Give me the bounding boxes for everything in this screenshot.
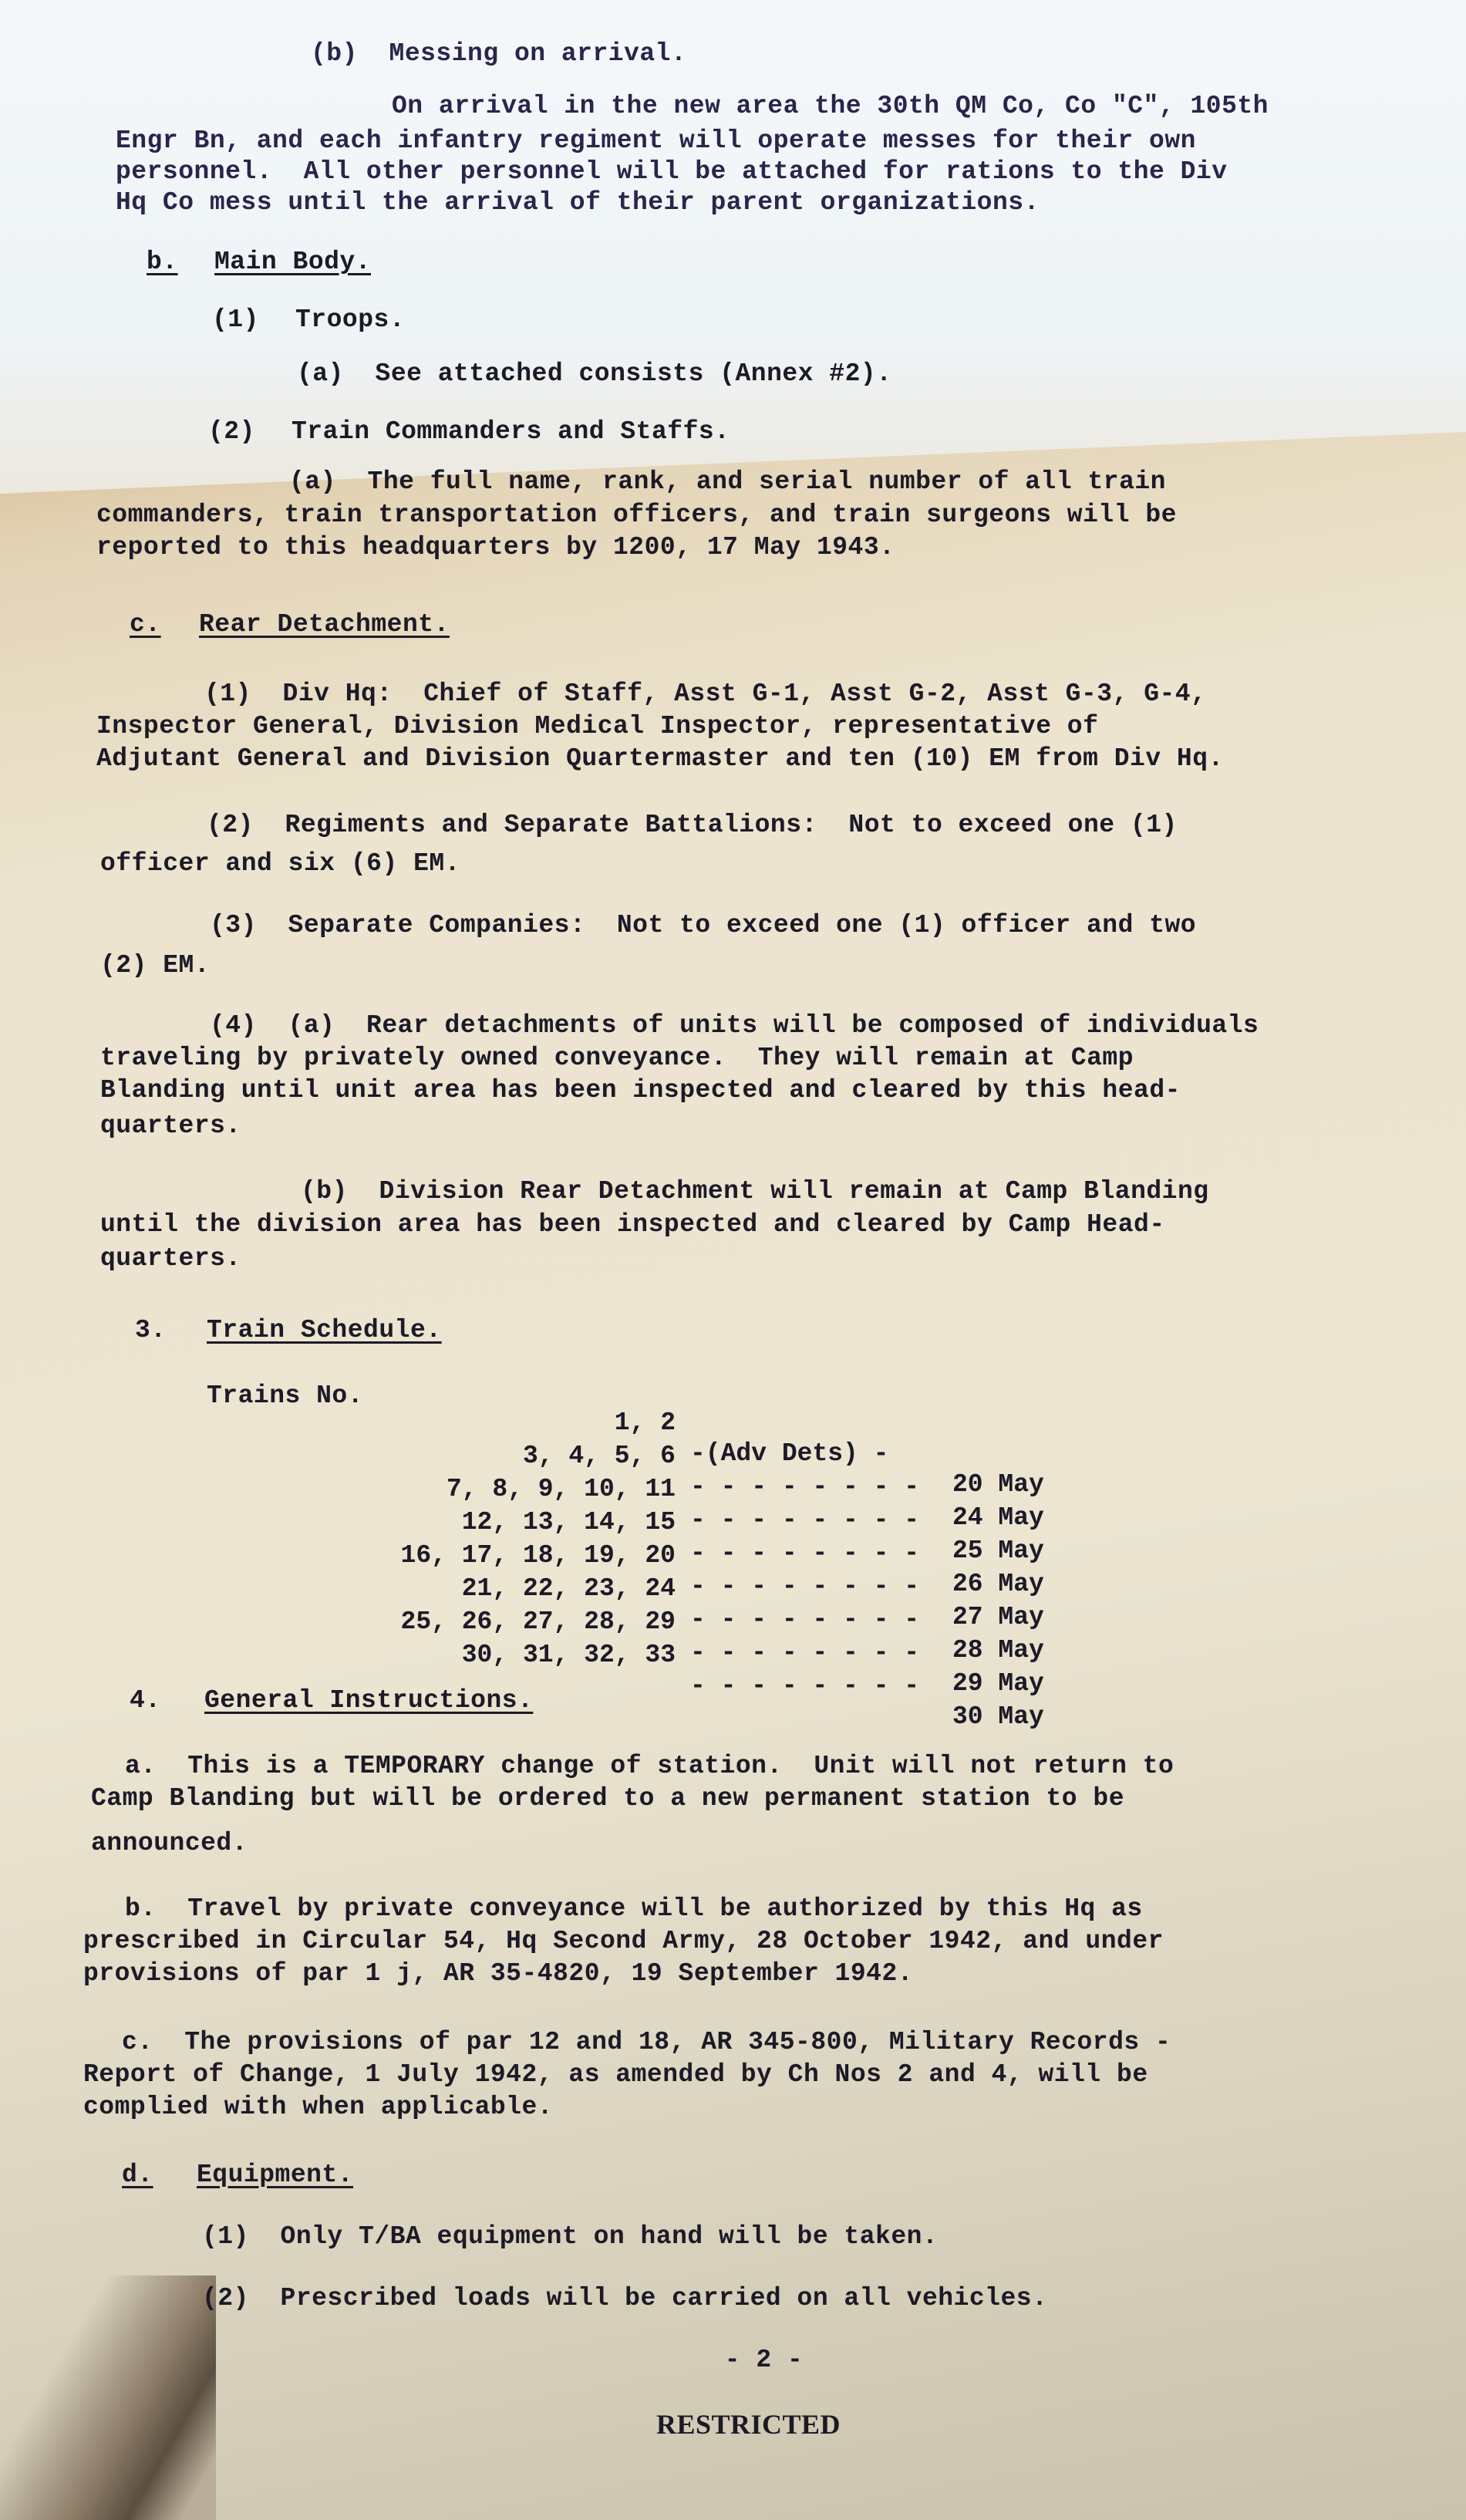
gi-b-line-2: prescribed in Circular 54, Hq Second Arm… <box>83 1926 1164 1957</box>
page-curl-shadow <box>0 2275 216 2520</box>
rear-item3-line-2: (2) EM. <box>100 950 210 981</box>
equipment-title: Equipment. <box>197 2160 353 2191</box>
rear-item3-line-1: (3) Separate Companies: Not to exceed on… <box>210 910 1196 941</box>
rear-item4b-line-3: quarters. <box>100 1243 241 1274</box>
equipment-letter: d. <box>122 2160 153 2191</box>
general-instructions-title: General Instructions. <box>204 1685 533 1716</box>
rear-item4a-line-3: Blanding until unit area has been inspec… <box>100 1075 1181 1106</box>
equipment-item-1: (1) Only T/BA equipment on hand will be … <box>202 2221 938 2252</box>
train-schedule-title: Train Schedule. <box>207 1315 442 1346</box>
schedule-note: - - - - - - - - <box>690 1671 919 1702</box>
troops-label: Troops. <box>295 305 405 336</box>
rear-item4b-line-2: until the division area has been inspect… <box>100 1209 1165 1240</box>
rear-item4a-line-1: (4) (a) Rear detachments of units will b… <box>210 1010 1259 1041</box>
gi-a-line-1: a. This is a TEMPORARY change of station… <box>125 1751 1174 1782</box>
messing-heading: (b) Messing on arrival. <box>311 39 686 69</box>
page-number: - 2 - <box>31 2345 1466 2376</box>
train-commanders-a-3: reported to this headquarters by 1200, 1… <box>96 532 895 563</box>
gi-a-line-2: Camp Blanding but will be ordered to a n… <box>91 1783 1124 1814</box>
rear-item2-line-1: (2) Regiments and Separate Battalions: N… <box>207 810 1178 841</box>
gi-b-line-1: b. Travel by private conveyance will be … <box>125 1894 1143 1925</box>
classification-marking: RESTRICTED <box>15 2409 1466 2440</box>
messing-line-4: Hq Co mess until the arrival of their pa… <box>116 187 1040 218</box>
messing-line-1: On arrival in the new area the 30th QM C… <box>392 91 1269 122</box>
rear-item4b-line-1: (b) Division Rear Detachment will remain… <box>301 1176 1209 1207</box>
rear-item1-line-3: Adjutant General and Division Quartermas… <box>96 744 1224 774</box>
rear-detachment-letter: c. <box>130 609 161 640</box>
rear-item1-line-2: Inspector General, Division Medical Insp… <box>96 711 1098 742</box>
rear-item2-line-2: officer and six (6) EM. <box>100 848 460 879</box>
messing-line-3: personnel. All other personnel will be a… <box>116 157 1228 187</box>
schedule-trains: 30, 31, 32, 33 <box>462 1640 676 1671</box>
gi-c-line-1: c. The provisions of par 12 and 18, AR 3… <box>122 2027 1171 2058</box>
train-schedule-number: 3. <box>135 1315 167 1346</box>
train-commanders-number: (2) <box>208 417 255 447</box>
messing-line-2: Engr Bn, and each infantry regiment will… <box>116 126 1196 157</box>
main-body-letter: b. <box>147 247 178 278</box>
gi-c-line-3: complied with when applicable. <box>83 2092 553 2123</box>
train-commanders-label: Train Commanders and Staffs. <box>292 417 730 447</box>
equipment-item-2: (2) Prescribed loads will be carried on … <box>202 2283 1047 2314</box>
troops-number: (1) <box>212 305 259 336</box>
gi-c-line-2: Report of Change, 1 July 1942, as amende… <box>83 2060 1148 2090</box>
main-body-title: Main Body. <box>214 247 371 278</box>
train-commanders-a-2: commanders, train transportation officer… <box>96 500 1177 531</box>
schedule-date: 30 May <box>952 1702 1044 1732</box>
general-instructions-number: 4. <box>130 1685 161 1716</box>
gi-b-line-3: provisions of par 1 j, AR 35-4820, 19 Se… <box>83 1958 913 1989</box>
rear-item4a-line-2: traveling by privately owned conveyance.… <box>100 1043 1134 1074</box>
rear-item1-line-1: (1) Div Hq: Chief of Staff, Asst G-1, As… <box>204 679 1206 710</box>
gi-a-line-3: announced. <box>91 1828 248 1859</box>
train-commanders-a-1: (a) The full name, rank, and serial numb… <box>289 467 1166 498</box>
rear-detachment-title: Rear Detachment. <box>199 609 450 640</box>
rear-item4a-line-4: quarters. <box>100 1111 241 1142</box>
troops-item-a: (a) See attached consists (Annex #2). <box>297 359 892 390</box>
